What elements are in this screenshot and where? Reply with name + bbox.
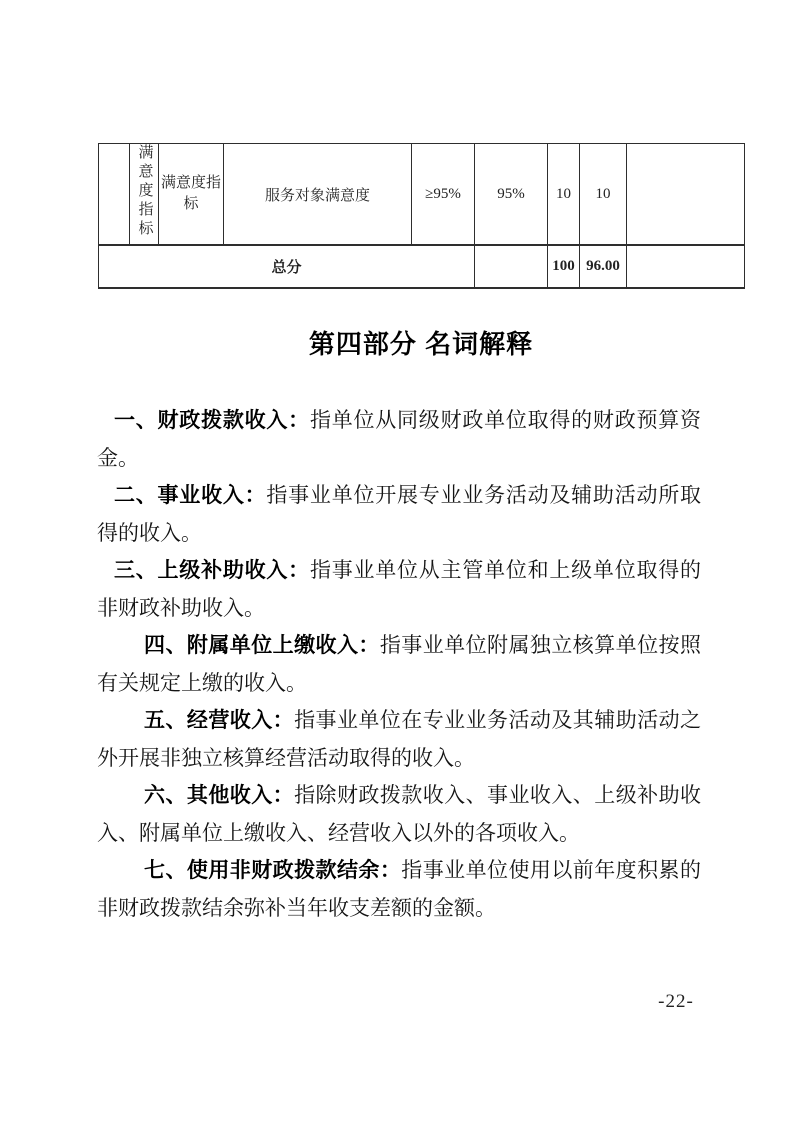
definition-term-1: 一、财政拨款收入：: [114, 408, 310, 432]
definition-paragraph-4: 四、附属单位上缴收入：指事业单位附属独立核算单位按照有关规定上缴的收入。: [97, 627, 701, 702]
definition-paragraph-3: 三、上级补助收入：指事业单位从主管单位和上级单位取得的非财政补助收入。: [97, 552, 701, 627]
definitions-block: 一、财政拨款收入：指单位从同级财政单位取得的财政预算资金。 二、事业收入：指事业…: [97, 402, 701, 927]
performance-score-table: 满意度指标 满意度指标 服务对象满意度 ≥95% 95% 10 10 总分 10…: [98, 143, 745, 289]
indicator-target-cell: ≥95%: [412, 144, 475, 246]
indicator-name-cell: 服务对象满意度: [224, 144, 412, 246]
definition-paragraph-2: 二、事业收入：指事业单位开展专业业务活动及辅助活动所取得的收入。: [97, 477, 701, 552]
definition-paragraph-1: 一、财政拨款收入：指单位从同级财政单位取得的财政预算资金。: [97, 402, 701, 477]
total-note-cell: [627, 245, 745, 288]
total-score-cell: 96.00: [580, 245, 627, 288]
definition-paragraph-5: 五、经营收入：指事业单位在专业业务活动及其辅助活动之外开展非独立核算经营活动取得…: [97, 702, 701, 777]
indicator-actual-cell: 95%: [475, 144, 548, 246]
definition-term-7: 七、使用非财政拨款结余：: [144, 858, 401, 882]
table-row-total: 总分 100 96.00: [99, 245, 745, 288]
section-heading: 第四部分 名词解释: [98, 328, 744, 360]
indicator-subgroup-cell: 满意度指标: [159, 144, 224, 246]
total-blank-cell: [475, 245, 548, 288]
total-weight-cell: 100: [548, 245, 580, 288]
indicator-score-cell: 10: [580, 144, 627, 246]
total-label-cell: 总分: [99, 245, 475, 288]
indicator-note-cell: [627, 144, 745, 246]
left-spacer-cell: [99, 144, 130, 246]
definition-term-3: 三、上级补助收入：: [114, 558, 310, 582]
document-page: 满意度指标 满意度指标 服务对象满意度 ≥95% 95% 10 10 总分 10…: [0, 0, 793, 1122]
definition-term-5: 五、经营收入：: [144, 708, 294, 732]
definition-term-6: 六、其他收入：: [144, 783, 294, 807]
indicator-group-label: 满意度指标: [137, 144, 152, 239]
indicator-group-cell: 满意度指标: [130, 144, 159, 246]
page-number: -22-: [645, 991, 707, 1013]
definition-paragraph-6: 六、其他收入：指除财政拨款收入、事业收入、上级补助收入、附属单位上缴收入、经营收…: [97, 777, 701, 852]
table-row-indicator: 满意度指标 满意度指标 服务对象满意度 ≥95% 95% 10 10: [99, 144, 745, 246]
definition-term-2: 二、事业收入：: [114, 483, 266, 507]
definition-term-4: 四、附属单位上缴收入：: [144, 633, 380, 657]
definition-paragraph-7: 七、使用非财政拨款结余：指事业单位使用以前年度积累的非财政拨款结余弥补当年收支差…: [97, 852, 701, 927]
indicator-weight-cell: 10: [548, 144, 580, 246]
